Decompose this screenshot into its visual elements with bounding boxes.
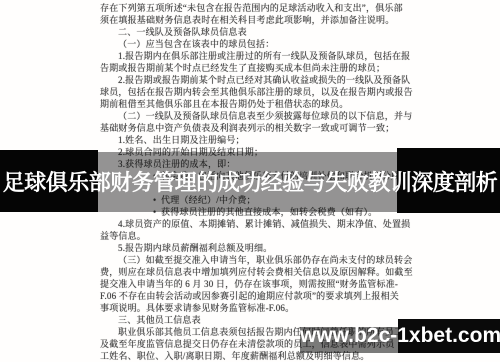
document-line: 事项说明。具体要求请参见财务监管标准-F.06。	[100, 302, 437, 314]
document-line: 期前租借至其他俱乐部且在本报告期仍处于租借状态的球员。	[100, 98, 437, 110]
document-line: 2.报告期或报告期前某个时点已经对其确认收益或损失的一线队及预备队	[100, 74, 437, 86]
document-line: 告期或报告期前某个时点已经发生了直接购买成本但尚未注册的球员；	[100, 62, 437, 74]
watermark-url: www.b2c-1xbet.com	[300, 325, 500, 347]
document-line: （三）如截至提交准入申请当年，职业俱乐部仍存在尚未支付的球员转会	[100, 254, 437, 266]
document-line: 4.球员资产的原值、本期摊销、累计摊销、减值损失、期末净值、处置损	[100, 218, 437, 230]
document-line: 须在填报基础财务信息表时在相关科目考虑此项影响，并添加备注说明。	[100, 14, 437, 26]
scanned-document-page: 存在下列第五项所述“未包含在报告范围内的足球活动收入和支出”，俱乐部须在填报基础…	[0, 0, 500, 362]
document-line: （二）一线队及预备队球员信息表至少须披露每位球员的以下信息，并与	[100, 110, 437, 122]
document-line: 存在下列第五项所述“未包含在报告范围内的足球活动收入和支出”，俱乐部	[100, 2, 437, 14]
document-line: （一）应当包含在该表中的球员包括：	[100, 38, 437, 50]
document-line: 益等信息。	[100, 230, 437, 242]
document-line: F.06 不存在由转会活动或因参赛引起的逾期应付款项”的要求填列上报相关	[100, 290, 437, 302]
document-line: 费，则应在球员信息表中增加填列应付转会费相关信息以及原因解释。如截至	[100, 266, 437, 278]
document-line: 1.姓名、出生日期及注册编号；	[100, 134, 437, 146]
document-line: 基础财务信息中资产负债表及利润表列示的相关数字一致或可调节一致；	[100, 122, 437, 134]
document-line: 提交准入申请当年的 6 月 30 日，仍存在该事项，则需按照“财务监管标准-	[100, 278, 437, 290]
document-line: 二、一线队及预备队球员信息表	[100, 26, 437, 38]
document-line: 5.报告期内球员薪酬福利总额及明细。	[100, 242, 437, 254]
headline-title: 足球俱乐部财务管理的成功经验与失败教训深度剖析	[0, 170, 500, 196]
document-line: 球员，包括在报告期内转会至其他俱乐部注册的球员，以及在报告期内或报告	[100, 86, 437, 98]
document-line: 1.报告期内在俱乐部注册或注册过的所有一线队及预备队球员，包括在报	[100, 50, 437, 62]
